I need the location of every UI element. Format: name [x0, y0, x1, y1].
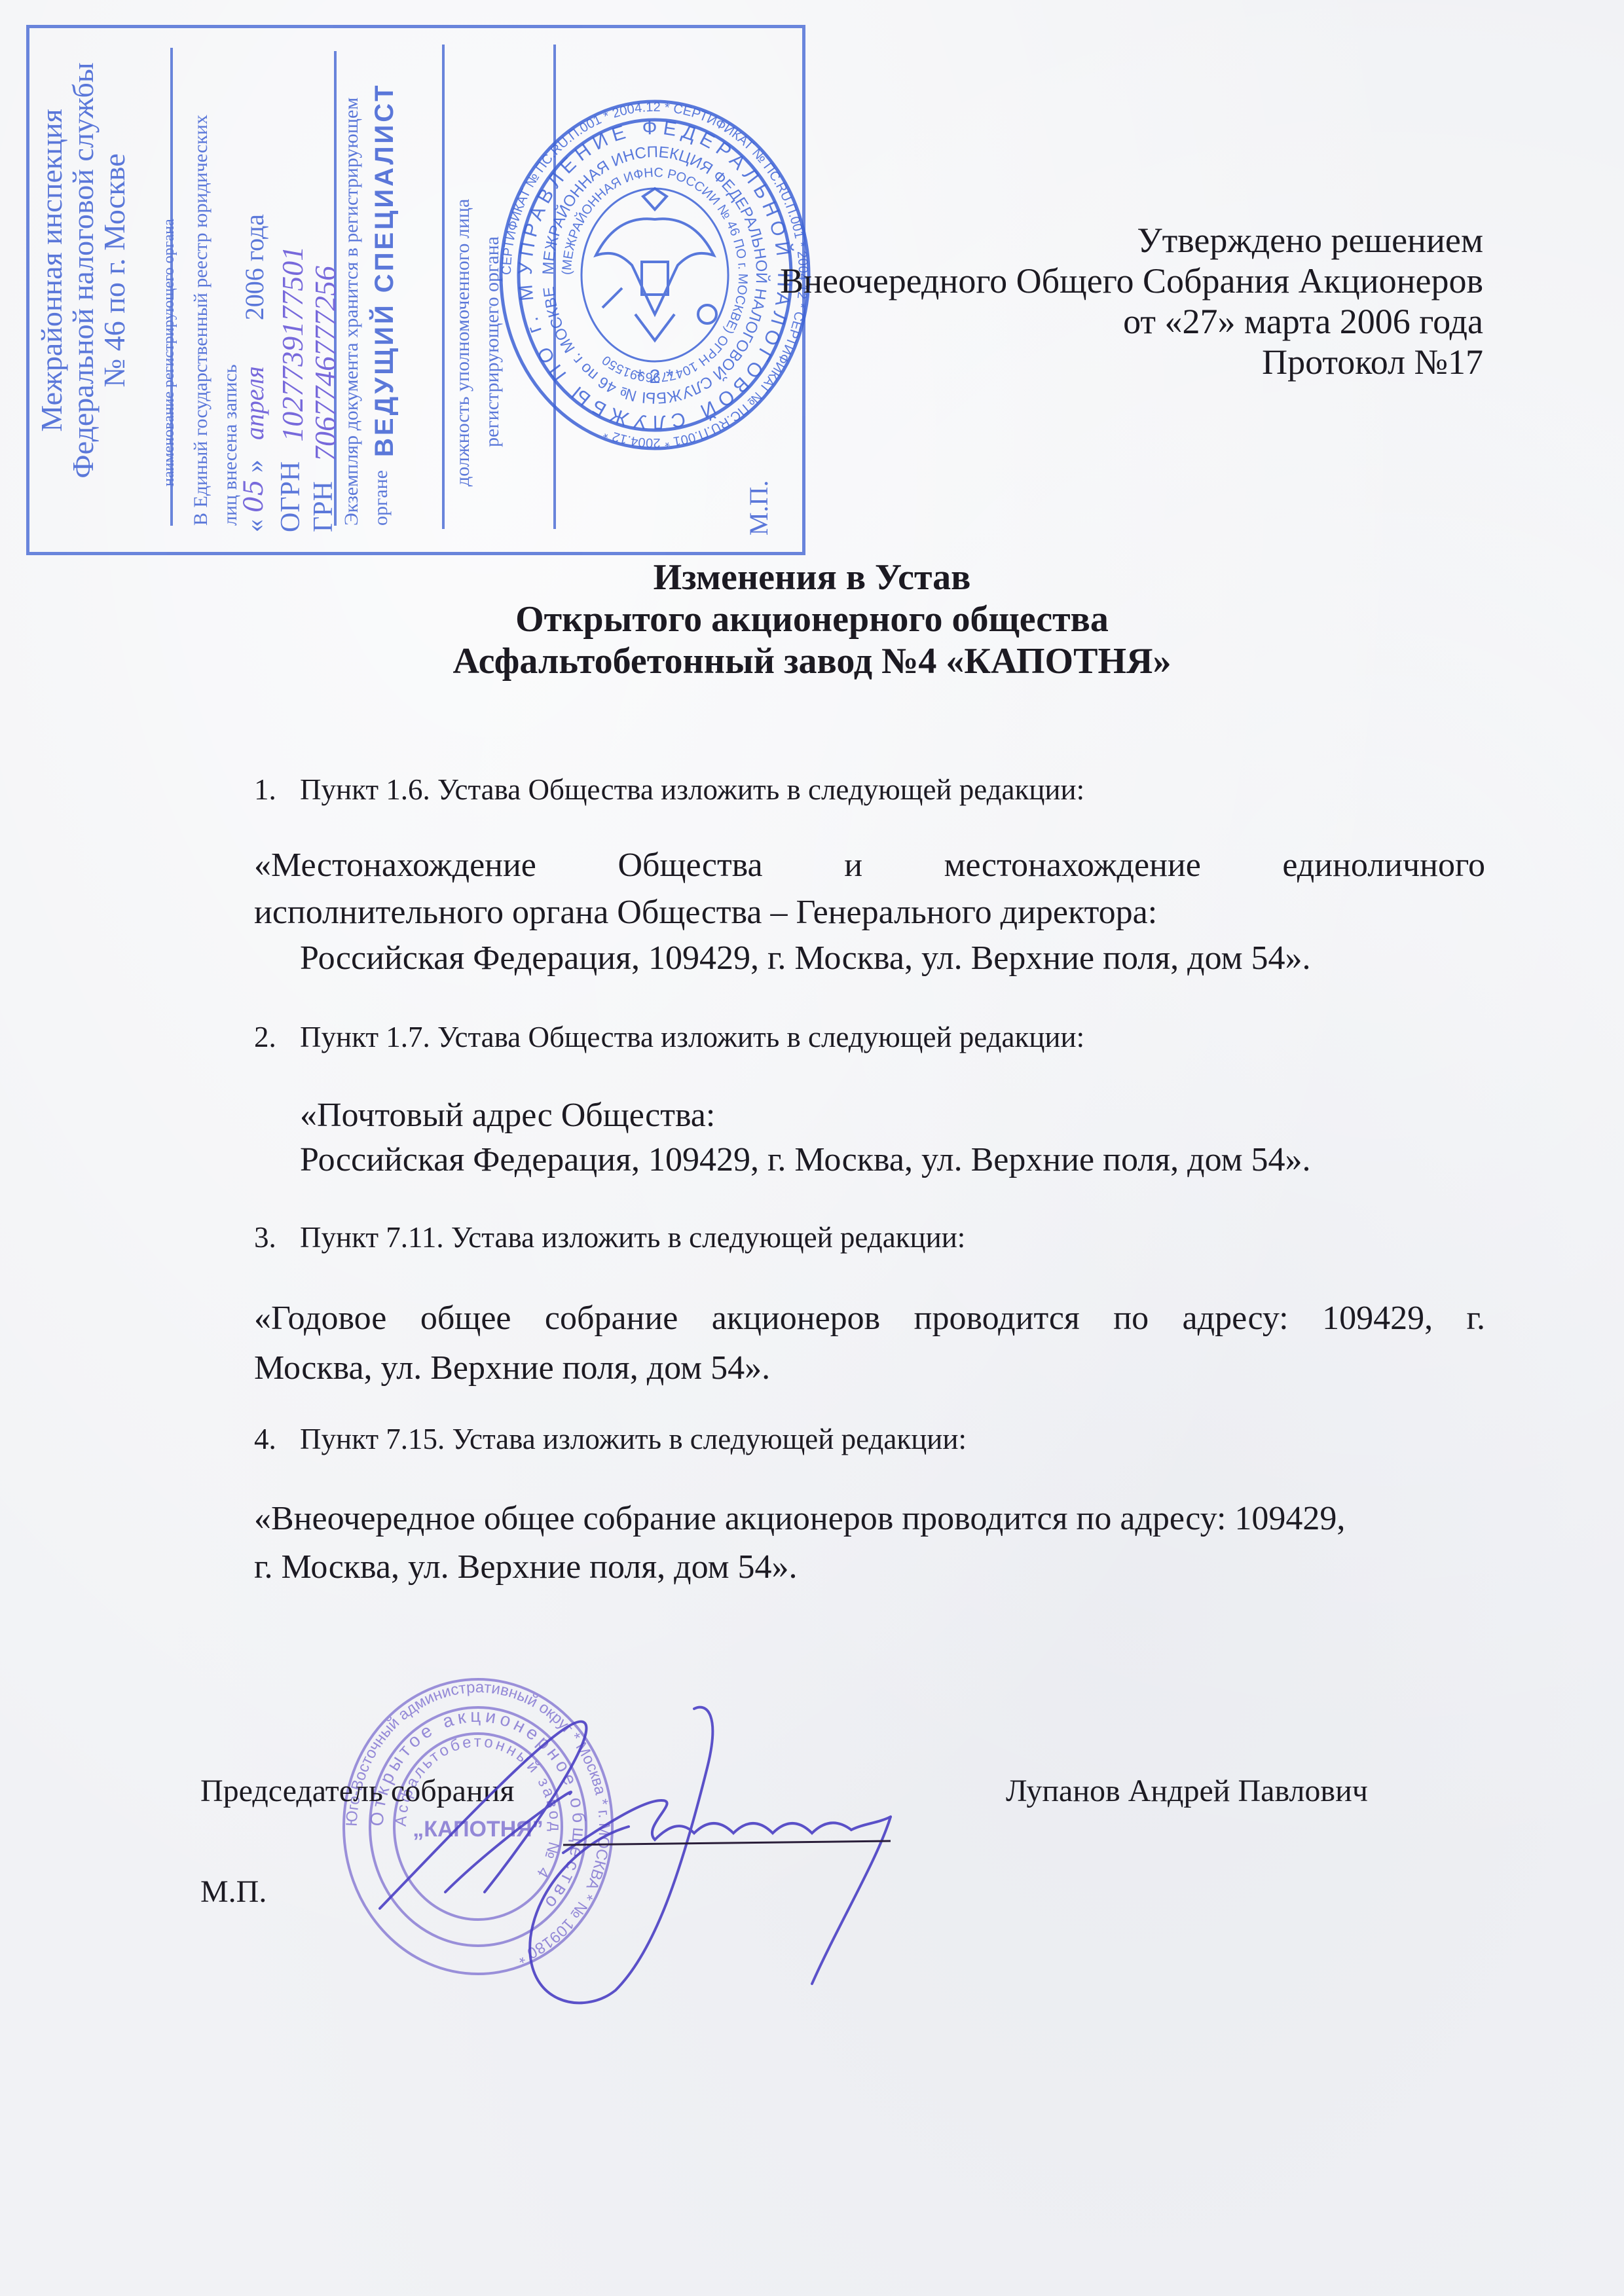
stamp-authority-line: Межрайонная инспекция	[36, 41, 67, 500]
stamp-position-caption: должность уполномоченного лица	[452, 199, 474, 486]
seal-place-label: М.П.	[200, 1874, 267, 1910]
stamp-position: ВЕДУЩИЙ СПЕЦИАЛИСТ	[370, 82, 399, 457]
stamp-date-month: апреля	[239, 366, 270, 440]
title-line: Асфальтобетонный завод №4 «КАПОТНЯ»	[0, 640, 1624, 682]
stamp-copy-row: органе ВЕДУЩИЙ СПЕЦИАЛИСТ	[370, 82, 399, 526]
stamp-ogrn-row: ОГРН 1027739177501	[275, 246, 310, 532]
approval-block: Утверждено решением Внеочередного Общего…	[780, 220, 1483, 382]
stamp-grn-label: ГРН	[308, 481, 342, 532]
item-1-text-line-2: исполнительного органа Общества – Генера…	[254, 892, 1157, 934]
stamp-ogrn-label: ОГРН	[275, 462, 310, 532]
item-2-text-line-1: «Почтовый адрес Общества:	[300, 1095, 715, 1137]
stamp-date-row: « 05 » апреля 2006 года	[239, 214, 270, 532]
stamp-date-quote: »	[239, 460, 270, 473]
stamp-date-year: 2006	[239, 268, 270, 320]
svg-text:* 2 *: * 2 *	[637, 366, 674, 388]
item-4-text-line-2: г. Москва, ул. Верхние поля, дом 54».	[254, 1546, 798, 1588]
approval-line: Утверждено решением	[780, 220, 1483, 261]
stamp-authority-caption: наименование регистрирующего органа	[160, 219, 178, 486]
stamp-copy-text-2: органе	[370, 470, 399, 526]
item-number: 3.	[254, 1219, 300, 1256]
handwritten-signature	[367, 1676, 1022, 2043]
signature-line	[563, 1841, 891, 1845]
item-4-heading: 4.Пункт 7.15. Устава изложить в следующе…	[254, 1421, 967, 1457]
stamp-date-day: 05	[239, 479, 270, 513]
item-3-text-line-1: «Годовое общее собрание акционеров прово…	[254, 1298, 1485, 1339]
document-title: Изменения в Устав Открытого акционерного…	[0, 556, 1624, 682]
item-3-text-line-2: Москва, ул. Верхние поля, дом 54».	[254, 1347, 770, 1389]
item-1-text-line-3: Российская Федерация, 109429, г. Москва,…	[300, 938, 1311, 979]
item-heading-text: Пункт 7.11. Устава изложить в следующей …	[300, 1221, 965, 1254]
stamp-ogrn-value: 1027739177501	[275, 246, 310, 442]
stamp-grn-row: ГРН 7067746777256	[308, 266, 342, 532]
stamp-entry-text: В Единый государственный реестр юридичес…	[190, 115, 212, 526]
item-1-text-line-1: «Местонахождение Общества и местонахожде…	[254, 845, 1485, 886]
chairman-name: Лупанов Андрей Павлович	[1006, 1773, 1368, 1810]
title-line: Изменения в Устав	[0, 556, 1624, 598]
title-line: Открытого акционерного общества	[0, 598, 1624, 640]
stamp-authority: Межрайонная инспекция Федеральной налого…	[36, 41, 130, 500]
stamp-copy-text: Экземпляр документа хранится в регистрир…	[341, 98, 363, 526]
stamp-divider	[442, 45, 445, 529]
stamp-entry-text-2: лиц внесена запись	[219, 364, 242, 526]
approval-line: от «27» марта 2006 года	[780, 301, 1483, 342]
stamp-date-quote: «	[239, 519, 270, 532]
svg-text:(МЕЖРАЙОННАЯ ИФНС РОССИИ № 46: (МЕЖРАЙОННАЯ ИФНС РОССИИ № 46 ПО г. МОСК…	[560, 166, 750, 384]
item-heading-text: Пункт 1.7. Устава Общества изложить в сл…	[300, 1021, 1084, 1053]
item-1-heading: 1.Пункт 1.6. Устава Общества изложить в …	[254, 771, 1084, 808]
item-heading-text: Пункт 1.6. Устава Общества изложить в сл…	[300, 773, 1084, 806]
item-2-heading: 2.Пункт 1.7. Устава Общества изложить в …	[254, 1019, 1084, 1055]
approval-line: Внеочередного Общего Собрания Акционеров	[780, 261, 1483, 301]
tax-authority-seal: СЕРТИФИКАТ № ПС.RU.П.001 * 2004.12 * СЕР…	[498, 98, 812, 452]
item-3-heading: 3.Пункт 7.11. Устава изложить в следующе…	[254, 1219, 965, 1256]
item-number: 1.	[254, 771, 300, 808]
item-number: 4.	[254, 1421, 300, 1457]
item-heading-text: Пункт 7.15. Устава изложить в следующей …	[300, 1423, 967, 1455]
stamp-seal-place: М.П.	[743, 481, 774, 536]
item-4-text-line-1: «Внеочередное общее собрание акционеров …	[254, 1498, 1345, 1540]
item-number: 2.	[254, 1019, 300, 1055]
approval-line: Протокол №17	[780, 342, 1483, 382]
stamp-authority-line: Федеральной налоговой службы	[67, 41, 99, 500]
item-2-text-line-2: Российская Федерация, 109429, г. Москва,…	[300, 1139, 1311, 1181]
stamp-grn-value: 7067746777256	[308, 266, 342, 462]
stamp-date-suffix: года	[239, 214, 270, 261]
stamp-authority-line: № 46 по г. Москве	[99, 41, 130, 500]
